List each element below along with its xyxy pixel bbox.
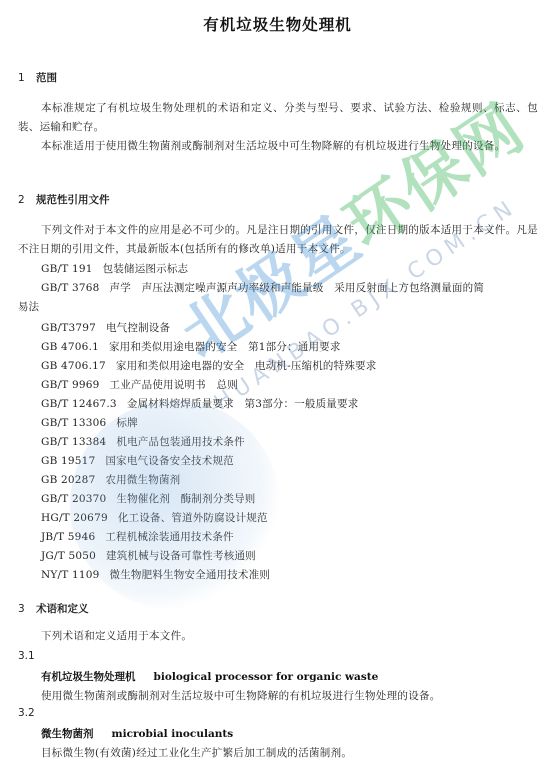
section-title: 规范性引用文件 [36,194,110,206]
reference-title: 工业产品使用说明书 总则 [110,379,238,391]
reference-item: GB/T3797电气控制设备 [41,320,170,335]
reference-title: 标牌 [116,417,137,429]
scope-paragraph-2: 本标准适用于使用微生物菌剂或酶制剂对生活垃圾中可生物降解的有机垃圾进行生物处理的… [18,137,538,156]
reference-code: GB 19517 [41,455,95,467]
reference-item: GB/T 13384机电产品包装通用技术条件 [41,434,245,449]
reference-code: GB 20287 [41,474,95,486]
reference-code: JG/T 5050 [41,550,96,562]
reference-title: 声学 声压法测定噪声源声功率级和声能量级 采用反射面上方包络测量面的简 [110,282,485,294]
reference-code: JB/T 5946 [41,531,95,543]
reference-code: GB/T 3768 [41,282,100,294]
section-heading-normative-references: 2规范性引用文件 [18,192,110,207]
document-title: 有机垃圾生物处理机 [0,13,555,35]
reference-item: GB/T 9969工业产品使用说明书 总则 [41,377,238,392]
term-heading: 微生物菌剂microbial inoculants [41,726,233,741]
reference-item: HG/T 20679化工设备、管道外防腐设计规范 [41,510,268,525]
references-intro: 下列文件对于本文件的应用是必不可少的。凡是注日期的引用文件，仅注日期的版本适用于… [18,221,538,259]
reference-title: 生物催化剂 酶制剂分类导则 [116,493,255,505]
reference-item: GB 19517国家电气设备安全技术规范 [41,453,234,468]
reference-code: HG/T 20679 [41,512,108,524]
reference-item: GB 4706.17家用和类似用途电器的安全 电动机-压缩机的特殊要求 [41,358,376,373]
reference-item: GB/T 13306标牌 [41,415,138,430]
section-heading-scope: 1范围 [18,70,57,85]
reference-title: 化工设备、管道外防腐设计规范 [118,512,268,524]
reference-title: 农用微生物菌剂 [105,474,180,486]
reference-title: 建筑机械与设备可靠性考核通则 [106,550,256,562]
term-definition: 使用微生物菌剂或酶制剂对生活垃圾中可生物降解的有机垃圾进行生物处理的设备。 [41,688,441,703]
reference-item: JG/T 5050建筑机械与设备可靠性考核通则 [41,548,256,563]
term-heading: 有机垃圾生物处理机biological processor for organi… [41,669,378,684]
reference-title: 工程机械涂装通用技术条件 [105,531,233,543]
reference-code: GB/T3797 [41,322,96,334]
reference-item: JB/T 5946工程机械涂装通用技术条件 [41,529,234,544]
term-en: biological processor for organic waste [154,671,379,683]
term-cn: 微生物菌剂 [41,728,94,740]
section-number: 2 [18,194,36,206]
reference-title: 包装储运图示标志 [103,263,189,275]
reference-title: 家用和类似用途电器的安全 电动机-压缩机的特殊要求 [116,360,377,372]
reference-continuation: 易法 [18,299,39,314]
term-number: 3.2 [18,707,35,719]
reference-code: GB 4706.1 [41,341,99,353]
reference-title: 机电产品包装通用技术条件 [116,436,244,448]
reference-title: 国家电气设备安全技术规范 [105,455,233,467]
reference-title: 微生物肥料生物安全通用技术准则 [110,569,271,581]
section-title: 范围 [36,72,57,84]
term-number: 3.1 [18,650,35,662]
reference-code: GB 4706.17 [41,360,106,372]
section-number: 1 [18,72,36,84]
reference-title: 家用和类似用途电器的安全 第1部分：通用要求 [109,341,341,353]
reference-item: GB/T 191包装储运图示标志 [41,261,188,276]
term-cn: 有机垃圾生物处理机 [41,671,136,683]
reference-code: GB/T 12467.3 [41,398,117,410]
scope-paragraph-1: 本标准规定了有机垃圾生物处理机的术语和定义、分类与型号、要求、试验方法、检验规则… [18,99,538,137]
section-title: 术语和定义 [36,603,89,615]
terms-intro: 下列术语和定义适用于本文件。 [18,627,538,646]
reference-item: GB/T 3768声学 声压法测定噪声源声功率级和声能量级 采用反射面上方包络测… [41,280,484,295]
reference-item: NY/T 1109微生物肥料生物安全通用技术准则 [41,567,270,582]
reference-code: GB/T 13306 [41,417,106,429]
reference-code: GB/T 13384 [41,436,106,448]
reference-item: GB 4706.1家用和类似用途电器的安全 第1部分：通用要求 [41,339,341,354]
reference-code: GB/T 20370 [41,493,106,505]
reference-code: NY/T 1109 [41,569,100,581]
section-heading-terms-definitions: 3术语和定义 [18,601,89,616]
section-number: 3 [18,603,36,615]
reference-item: GB 20287农用微生物菌剂 [41,472,180,487]
reference-item: GB/T 12467.3金属材料熔焊质量要求 第3部分：一般质量要求 [41,396,358,411]
reference-title: 金属材料熔焊质量要求 第3部分：一般质量要求 [127,398,359,410]
reference-code: GB/T 9969 [41,379,100,391]
term-definition: 目标微生物(有效菌)经过工业化生产扩繁后加工制成的活菌制剂。 [41,745,352,760]
term-en: microbial inoculants [112,728,234,740]
reference-title: 电气控制设备 [106,322,170,334]
document-page: 有机垃圾生物处理机 1范围 本标准规定了有机垃圾生物处理机的术语和定义、分类与型… [0,0,555,760]
reference-item: GB/T 20370生物催化剂 酶制剂分类导则 [41,491,256,506]
reference-code: GB/T 191 [41,263,93,275]
